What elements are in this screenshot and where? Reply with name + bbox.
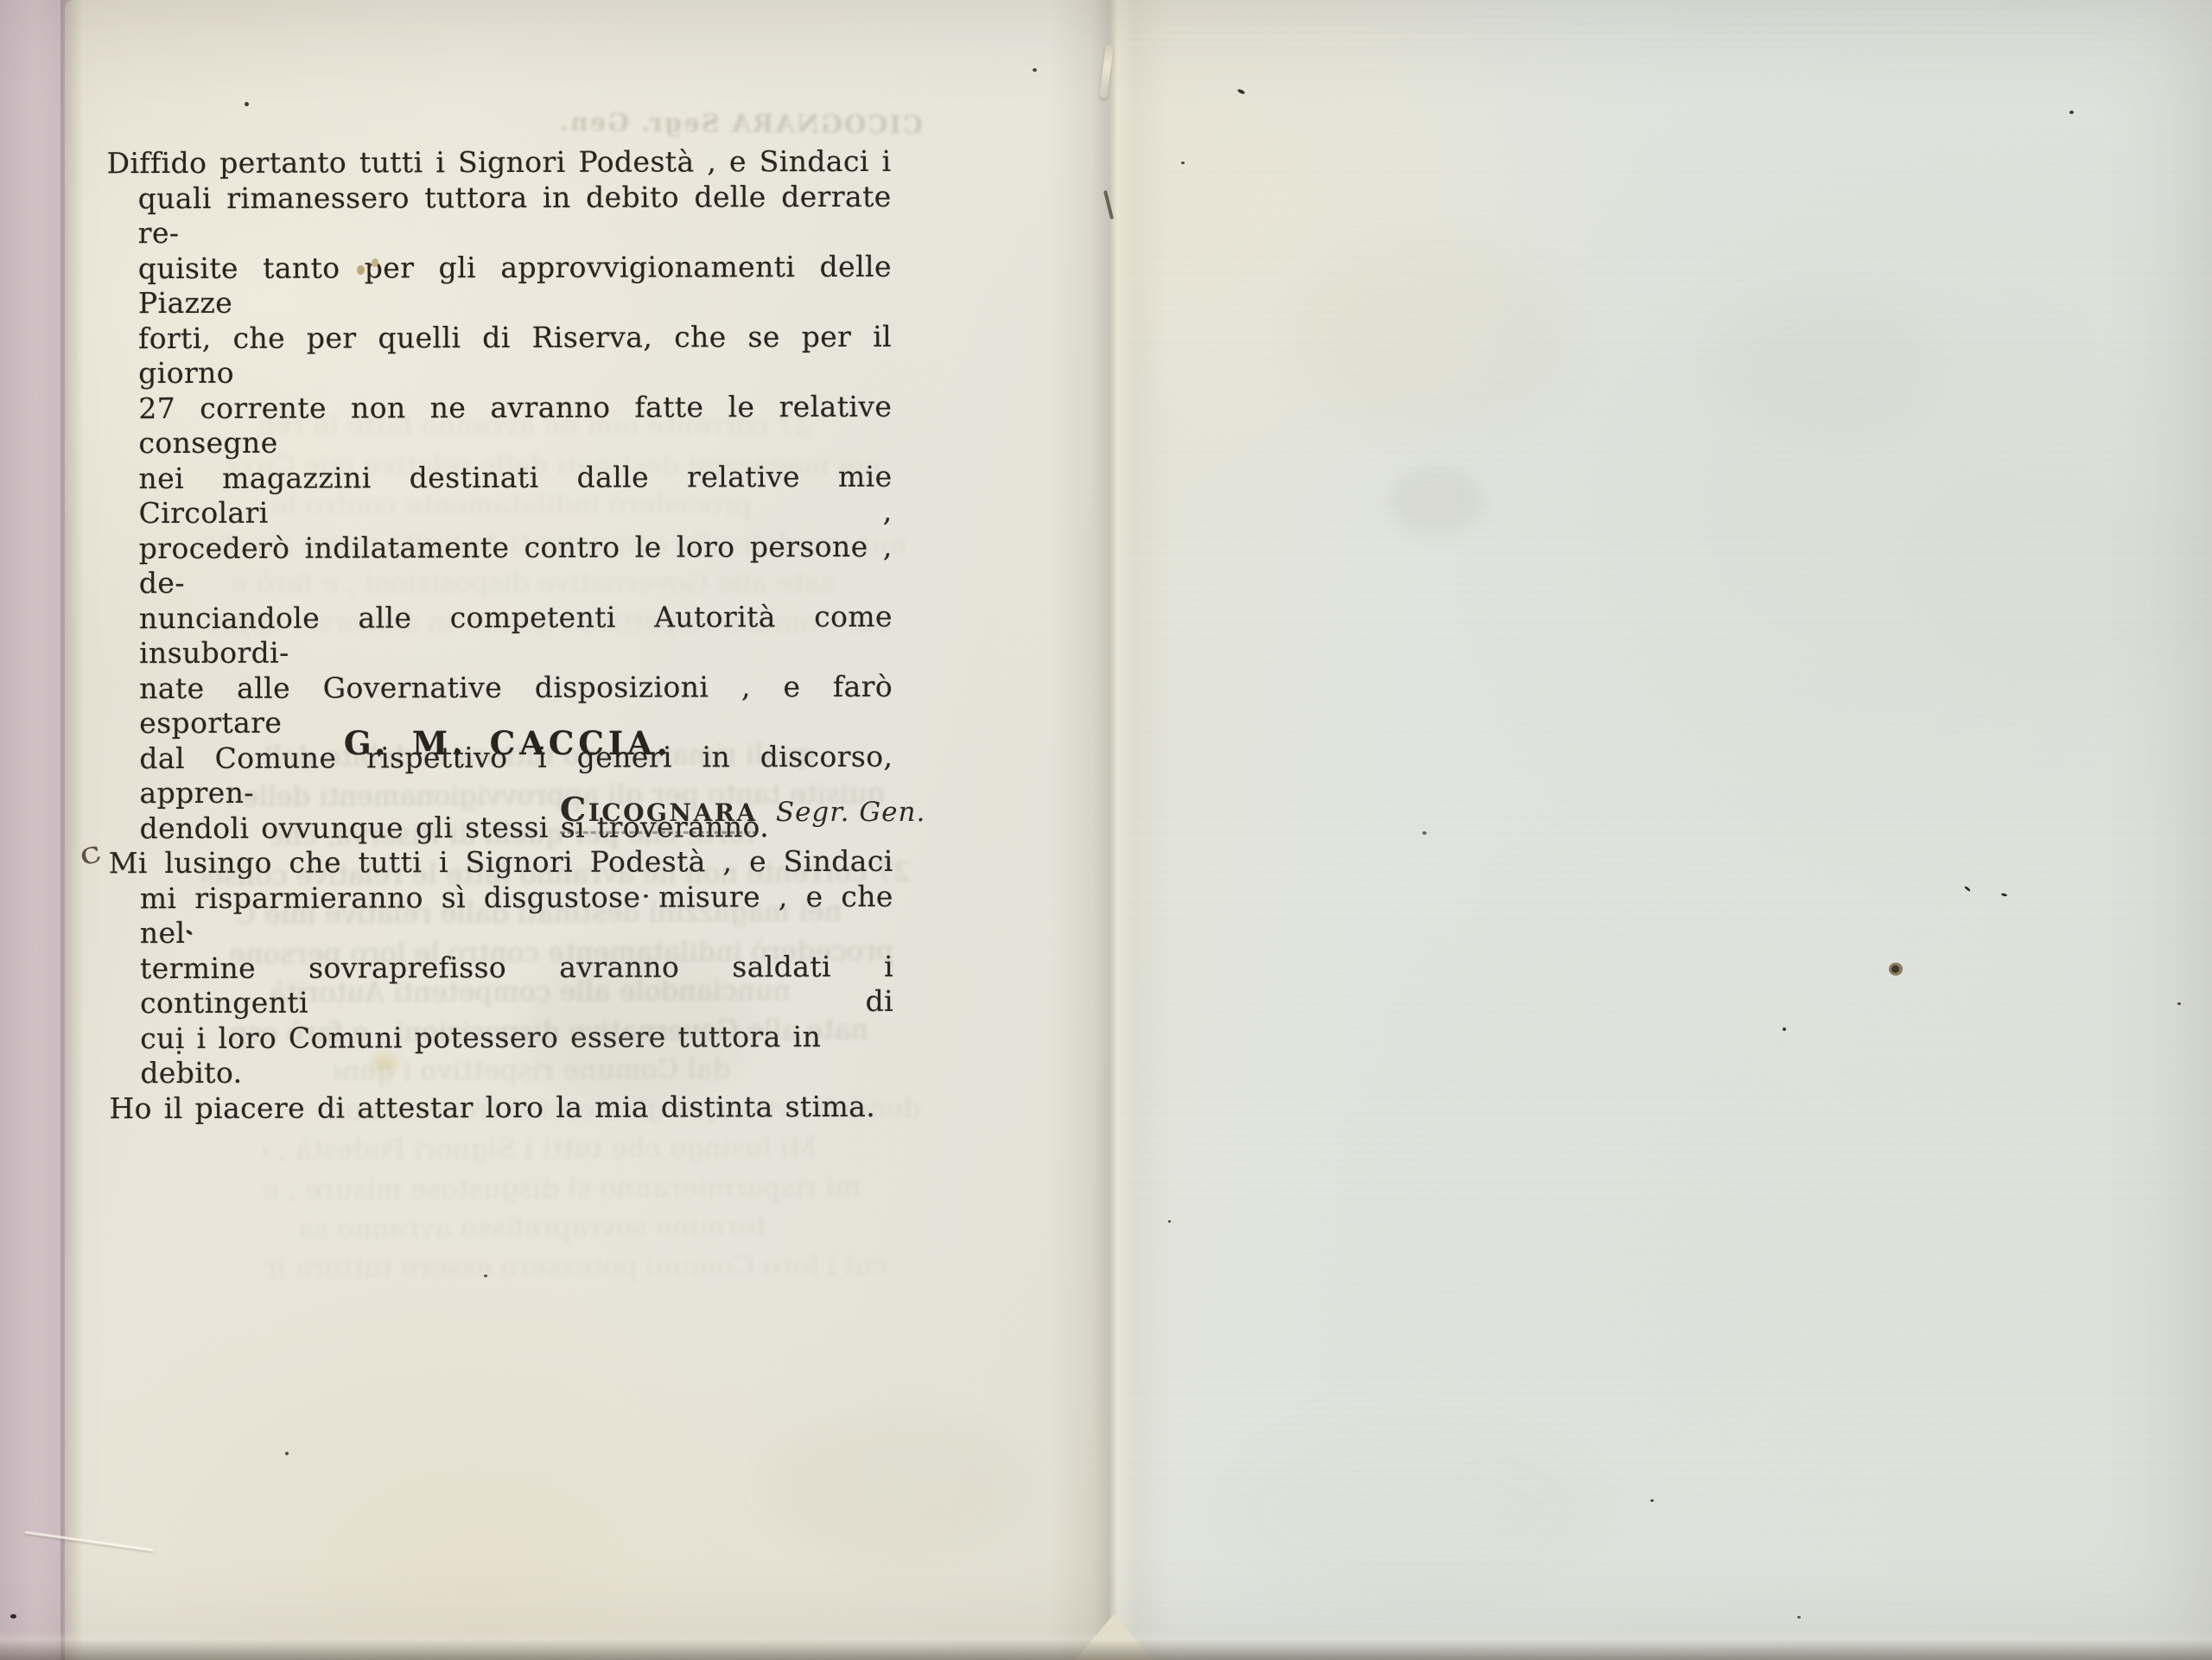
dirt-speck bbox=[1650, 1499, 1654, 1502]
text-line: Ho il piacere di attestar loro la mia di… bbox=[109, 1089, 893, 1126]
text-line: Diffido pertanto tutti i Signori Podestà… bbox=[107, 144, 892, 181]
text-line: procederò indilatamente contro le loro p… bbox=[139, 529, 893, 601]
paper-stain bbox=[1296, 242, 1573, 432]
right-page bbox=[1110, 0, 2212, 1660]
text-line: termine sovraprefisso avranno saldati i … bbox=[140, 949, 893, 1021]
dirt-speck bbox=[1033, 68, 1037, 72]
dirt-speck bbox=[484, 1275, 487, 1277]
dirt-speck bbox=[357, 265, 365, 275]
bleedthrough-line: mi risparmieranno sì disgustose misure ,… bbox=[256, 1167, 861, 1210]
dirt-speck bbox=[1783, 1027, 1786, 1031]
text-line: mi risparmieranno sì disgustose misure ,… bbox=[140, 879, 893, 951]
dirt-speck bbox=[1181, 162, 1185, 164]
bleedthrough-line: cui i loro Comuni potessero essere tutto… bbox=[264, 1245, 887, 1288]
dirt-speck bbox=[1168, 1220, 1171, 1223]
text-line: forti, che per quelli di Riserva, che se… bbox=[138, 319, 892, 391]
paper-stain bbox=[373, 1054, 397, 1072]
dirt-speck bbox=[1891, 965, 1899, 973]
signature: G. M. CACCIA. bbox=[344, 724, 672, 762]
paper-texture bbox=[1110, 0, 2212, 1660]
bleedthrough-line: termine sovraprefisso avranno saldati i … bbox=[299, 1207, 766, 1249]
dirt-speck bbox=[2177, 1002, 2181, 1005]
paper-stain bbox=[1927, 484, 2186, 691]
secretary-title: Segr. Gen. bbox=[776, 797, 925, 828]
document-scan: CICOGNARA Segr. Gen. 27 corrente non ne … bbox=[0, 0, 2212, 1660]
paper-stain bbox=[1711, 294, 1935, 432]
text-line: cui i loro Comuni potessero essere tutto… bbox=[140, 1019, 893, 1091]
bleedthrough-line: CICOGNARA Segr. Gen. bbox=[638, 108, 923, 140]
dirt-speck bbox=[177, 1051, 181, 1054]
dirt-speck bbox=[2069, 111, 2074, 114]
dirt-speck bbox=[644, 894, 648, 898]
bleedthrough-line: Mi lusingo che tutti i Signori Podestà ,… bbox=[264, 1128, 817, 1170]
paper-stain bbox=[1227, 1426, 1590, 1599]
dirt-speck bbox=[285, 1452, 289, 1455]
text-line: quisite tanto per gli approvvigionamenti… bbox=[138, 249, 892, 321]
bottom-edge-shadow bbox=[0, 1631, 2212, 1660]
secretary-name: Cicognara bbox=[560, 790, 758, 834]
paper-stain bbox=[769, 1417, 1028, 1555]
dirt-speck bbox=[1797, 1616, 1801, 1619]
body-text: Diffido pertanto tutti i Signori Podestà… bbox=[107, 144, 894, 1126]
paper-stain bbox=[527, 951, 752, 1106]
text-line: quali rimanessero tuttora in debito dell… bbox=[138, 179, 892, 251]
text-line: Mi lusingo che tutti i Signori Podestà ,… bbox=[109, 844, 893, 881]
text-line: nunciandole alle competenti Autorità com… bbox=[139, 599, 893, 671]
paper-stain bbox=[1389, 467, 1484, 536]
text-line: 27 corrente non ne avranno fatte le rela… bbox=[138, 389, 892, 461]
page-edge-shadow bbox=[60, 0, 83, 1660]
text-line: nei magazzini destinati dalle relative m… bbox=[138, 459, 892, 531]
secretary-line: Cicognara Segr. Gen. bbox=[560, 790, 925, 834]
dirt-speck bbox=[1422, 831, 1427, 835]
dirt-speck bbox=[10, 1614, 16, 1619]
center-fold bbox=[1050, 0, 1171, 1660]
